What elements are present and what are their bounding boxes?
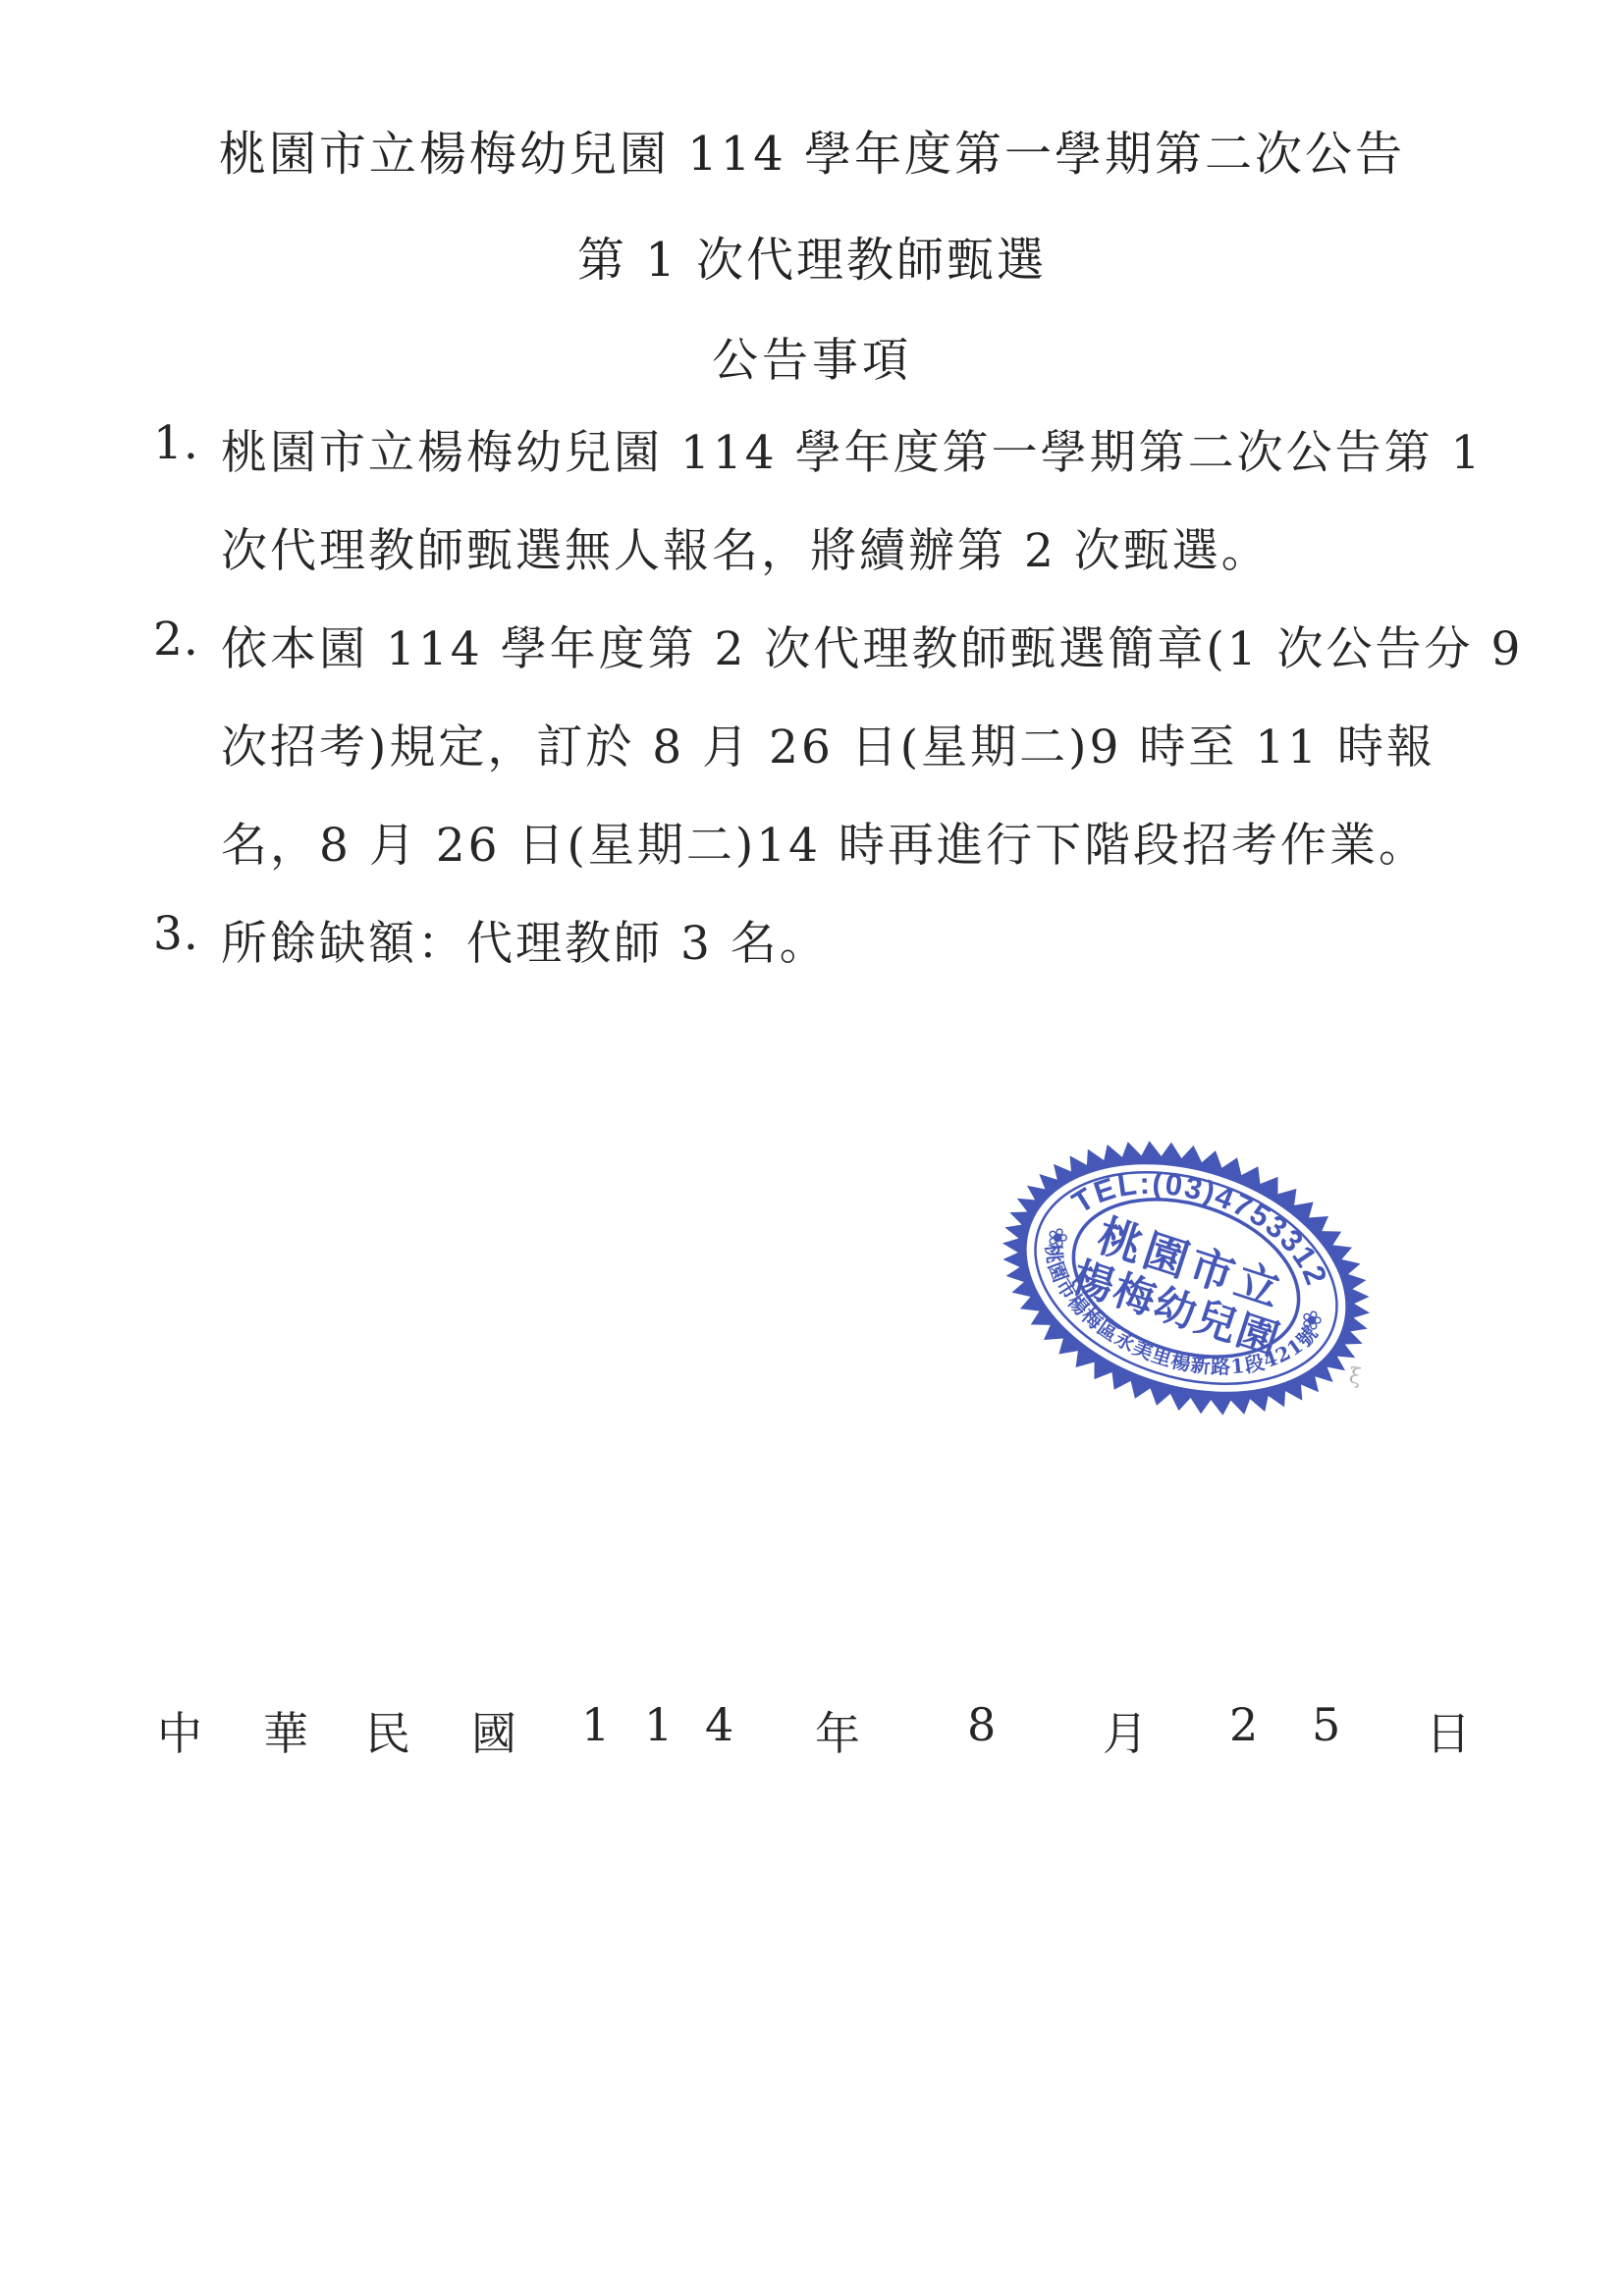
list-item-1-text: 桃園市立楊梅幼兒園 114 學年度第一學期第二次公告第 1 <box>221 426 1483 480</box>
footer-date-token: 日 <box>1426 1698 1471 1763</box>
list-item-2-line-2: 次招考)規定，訂於 8 月 26 日(星期二)9 時至 11 時報 <box>221 711 1435 776</box>
footer-date-token: 2 <box>1229 1698 1258 1751</box>
footer-date-token: 1 <box>644 1698 673 1751</box>
footer-date-token: 1 <box>581 1698 610 1751</box>
document-page: 桃園市立楊梅幼兒園 114 學年度第一學期第二次公告 第 1 次代理教師甄選 公… <box>0 0 1624 2296</box>
list-item-3-line-1: 3. 所餘缺額：代理教師 3 名。 <box>221 907 829 973</box>
list-item-3-number: 3. <box>153 907 199 961</box>
footer-date-token: 月 <box>1103 1698 1148 1763</box>
footer-date-token: 華 <box>263 1698 308 1763</box>
list-item-2-number: 2. <box>153 613 199 667</box>
official-stamp: TEL:(03)4753312 桃園市楊梅區永美里楊新路1段421號 ❀ ❀ 桃… <box>936 1046 1437 1510</box>
list-item-2-line-3: 名，8 月 26 日(星期二)14 時再進行下階段招考作業。 <box>221 809 1428 875</box>
footer-date-token: 國 <box>471 1698 516 1763</box>
footer-date-token: 8 <box>967 1698 996 1751</box>
footer-date-token: 5 <box>1312 1698 1340 1751</box>
footer-date-token: 4 <box>705 1698 733 1751</box>
footer-date: 中 華 民 國 1 1 4 年 8 月 2 5 日 <box>0 1698 1624 1757</box>
list-item-1-line-1: 1. 桃園市立楊梅幼兒園 114 學年度第一學期第二次公告第 1 <box>221 416 1483 482</box>
doc-title-line2: 第 1 次代理教師甄選 <box>0 222 1624 290</box>
list-item-3-text: 所餘缺額：代理教師 3 名。 <box>221 917 829 971</box>
list-item-2-text-cont: 次招考)規定，訂於 8 月 26 日(星期二)9 時至 11 時報 <box>221 721 1435 774</box>
footer-date-token: 年 <box>815 1698 860 1763</box>
doc-title-line1: 桃園市立楊梅幼兒園 114 學年度第一學期第二次公告 <box>0 116 1624 184</box>
list-item-1-text-cont: 次代理教師甄選無人報名，將續辦第 2 次甄選。 <box>221 524 1271 578</box>
list-item-1-number: 1. <box>153 416 199 470</box>
footer-date-token: 中 <box>157 1698 202 1763</box>
list-item-2-text: 依本園 114 學年度第 2 次代理教師甄選簡章(1 次公告分 9 <box>221 622 1523 676</box>
section-heading: 公告事項 <box>0 324 1624 390</box>
footer-date-token: 民 <box>365 1698 410 1763</box>
list-item-2-line-1: 2. 依本園 114 學年度第 2 次代理教師甄選簡章(1 次公告分 9 <box>221 613 1523 678</box>
list-item-2-text-cont2: 名，8 月 26 日(星期二)14 時再進行下階段招考作業。 <box>221 819 1428 873</box>
list-item-1-line-2: 次代理教師甄選無人報名，將續辦第 2 次甄選。 <box>221 514 1271 580</box>
